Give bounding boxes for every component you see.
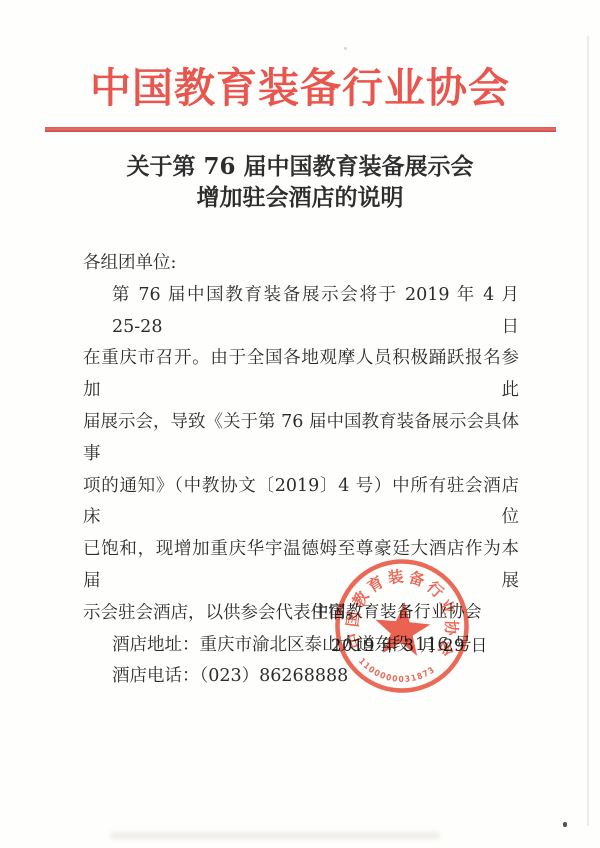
salutation-line: 各组团单位: (83, 248, 519, 280)
paragraph-line: 项的通知》（中教协文〔2019〕4 号）中所有驻会酒店床位 (83, 471, 519, 535)
scan-artifact-speck (563, 822, 567, 827)
signature-date: 2019 年 3 月 29 日 (331, 632, 488, 656)
hotel-phone-line: 酒店电话：（023）86268888 (83, 661, 519, 693)
paragraph-line: 第 76 届中国教育装备展示会将于 2019 年 4 月 25-28 日 (83, 280, 519, 344)
paragraph-line: 在重庆市召开。由于全国各地观摩人员积极踊跃报名参加此 (83, 343, 519, 407)
document-title: 关于第 76 届中国教育装备展示会 增加驻会酒店的说明 (0, 151, 600, 213)
scan-artifact-smudge (110, 832, 440, 839)
paragraph-line: 届展示会，导致《关于第 76 届中国教育装备展示会具体事 (83, 407, 519, 471)
red-divider-line (45, 127, 556, 132)
paragraph-line: 已饱和，现增加重庆华宇温德姆至尊豪廷大酒店作为本届展 (83, 534, 519, 598)
document-title-line1: 关于第 76 届中国教育装备展示会 (0, 151, 600, 182)
document-body: 各组团单位: 第 76 届中国教育装备展示会将于 2019 年 4 月 25-2… (83, 248, 519, 693)
scan-artifact-speck (344, 47, 347, 50)
document-page: 中国教育装备行业协会 关于第 76 届中国教育装备展示会 增加驻会酒店的说明 各… (0, 0, 600, 848)
org-header-title: 中国教育装备行业协会 (0, 64, 600, 112)
signature-org-name: 中国教育装备行业协会 (312, 598, 482, 622)
document-title-line2: 增加驻会酒店的说明 (0, 182, 600, 213)
scan-artifact-streak (587, 36, 589, 826)
